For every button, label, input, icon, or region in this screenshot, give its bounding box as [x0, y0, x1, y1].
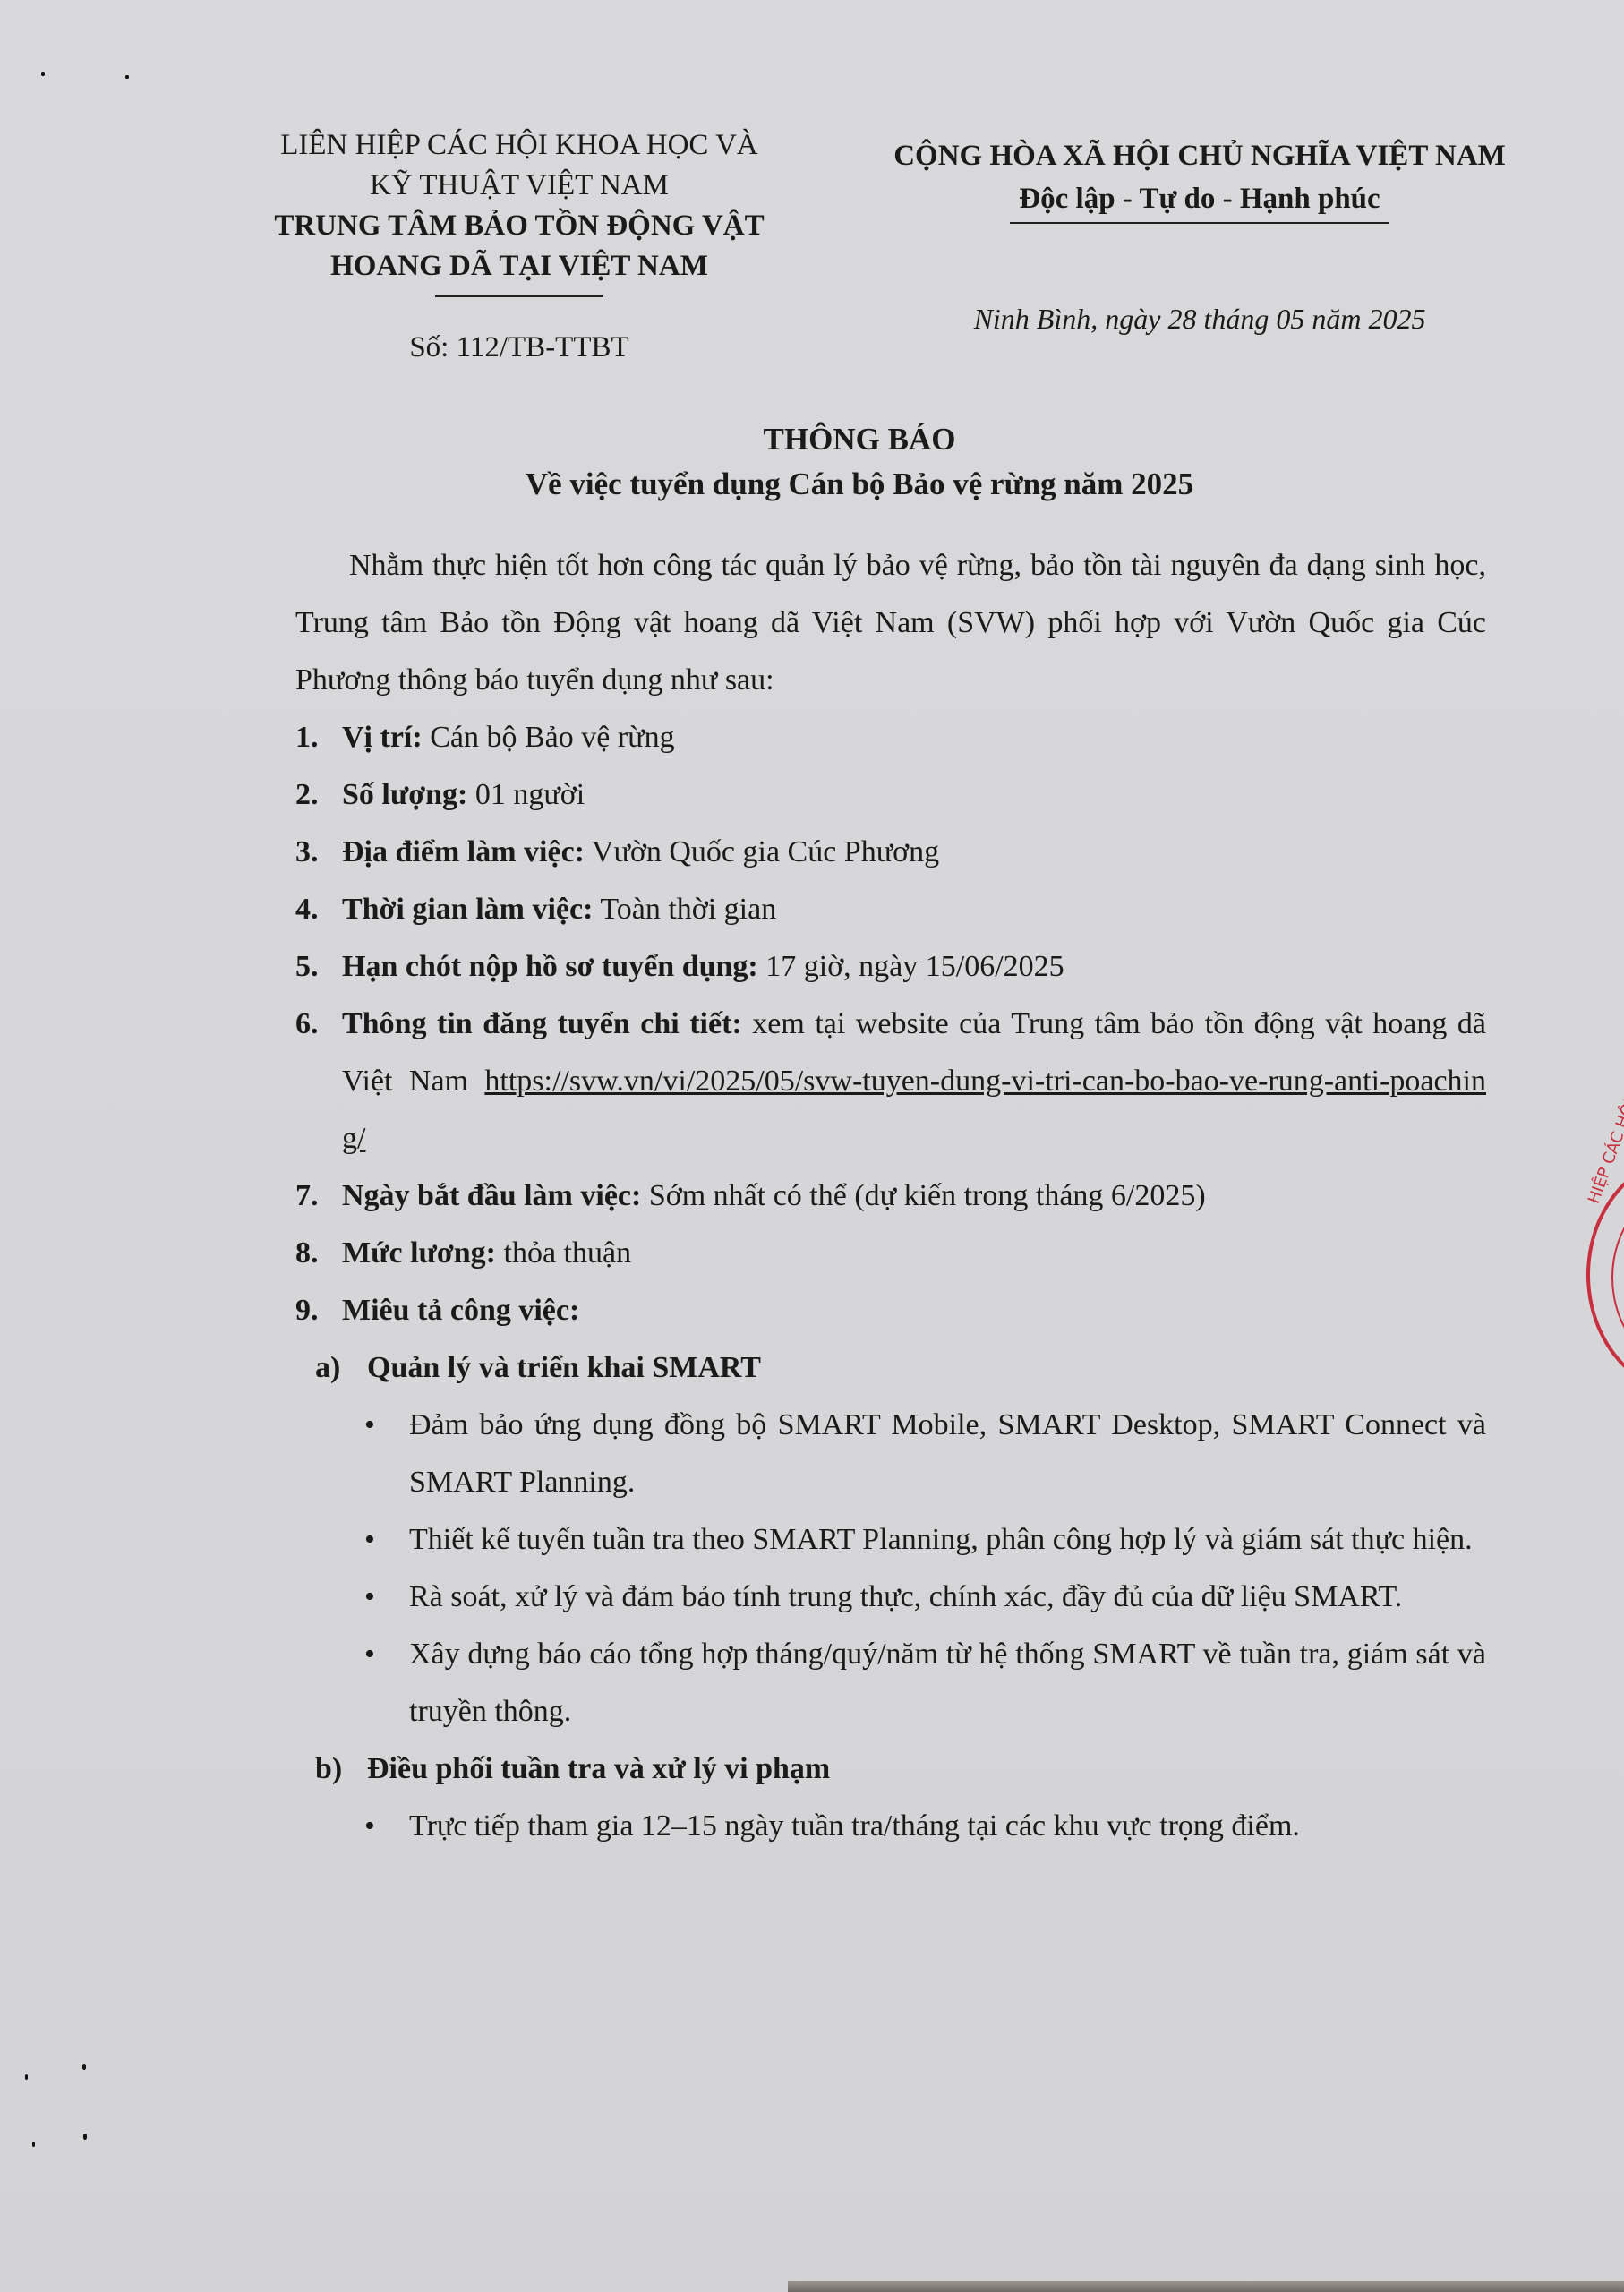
speck	[25, 2074, 28, 2080]
document-title: THÔNG BÁO	[269, 417, 1450, 462]
page-bottom-edge	[788, 2281, 1624, 2292]
recruitment-items: 1.Vị trí: Cán bộ Bảo vệ rừng 2.Số lượng:…	[295, 709, 1486, 1339]
item-work-time: 4.Thời gian làm việc: Toàn thời gian	[342, 881, 1486, 938]
item-position: 1.Vị trí: Cán bộ Bảo vệ rừng	[342, 709, 1486, 766]
list-item: Rà soát, xử lý và đảm bảo tính trung thự…	[409, 1569, 1486, 1626]
section-a: a)Quản lý và triển khai SMART Đảm bảo ứn…	[315, 1339, 1486, 1740]
parent-org-line2: KỸ THUẬT VIỆT NAM	[269, 166, 770, 206]
national-motto: Độc lập - Tự do - Hạnh phúc	[1010, 177, 1389, 224]
speck	[32, 2142, 35, 2147]
section-b-heading: b)Điều phối tuần tra và xử lý vi phạm	[315, 1740, 1486, 1798]
document-page: LIÊN HIỆP CÁC HỘI KHOA HỌC VÀ KỸ THUẬT V…	[0, 0, 1624, 2292]
item-details: 6.Thông tin đăng tuyển chi tiết: xem tại…	[342, 996, 1486, 1167]
item-deadline: 5.Hạn chót nộp hồ sơ tuyển dụng: 17 giờ,…	[342, 938, 1486, 996]
section-b-bullets: Trực tiếp tham gia 12–15 ngày tuần tra/t…	[315, 1798, 1486, 1855]
section-a-bullets: Đảm bảo ứng dụng đồng bộ SMART Mobile, S…	[315, 1397, 1486, 1740]
speck	[83, 2134, 87, 2140]
speck	[125, 75, 129, 79]
list-item: Trực tiếp tham gia 12–15 ngày tuần tra/t…	[409, 1798, 1486, 1855]
place-date: Ninh Bình, ngày 28 tháng 05 năm 2025	[868, 303, 1531, 336]
agency-divider	[435, 295, 603, 297]
item-start-date: 7.Ngày bắt đầu làm việc: Sớm nhất có thể…	[342, 1167, 1486, 1225]
list-item: Đảm bảo ứng dụng đồng bộ SMART Mobile, S…	[409, 1397, 1486, 1511]
list-item: Xây dựng báo cáo tổng hợp tháng/quý/năm …	[409, 1626, 1486, 1740]
national-header: CỘNG HÒA XÃ HỘI CHỦ NGHĨA VIỆT NAM Độc l…	[833, 134, 1567, 224]
parent-org-line1: LIÊN HIỆP CÁC HỘI KHOA HỌC VÀ	[269, 125, 770, 166]
document-title-block: THÔNG BÁO Về việc tuyển dụng Cán bộ Bảo …	[269, 417, 1450, 507]
document-subtitle: Về việc tuyển dụng Cán bộ Bảo vệ rừng nă…	[269, 462, 1450, 507]
section-a-heading: a)Quản lý và triển khai SMART	[315, 1339, 1486, 1397]
list-item: Thiết kế tuyến tuần tra theo SMART Plann…	[409, 1511, 1486, 1569]
recruitment-link[interactable]: https://svw.vn/vi/2025/05/svw-tuyen-dung…	[342, 1065, 1486, 1155]
item-job-description: 9.Miêu tả công việc:	[342, 1282, 1486, 1339]
speck	[41, 72, 45, 76]
item-location: 3.Địa điểm làm việc: Vườn Quốc gia Cúc P…	[342, 824, 1486, 881]
item-quantity: 2.Số lượng: 01 người	[342, 766, 1486, 824]
speck	[82, 2064, 86, 2070]
document-number: Số: 112/TB-TTBT	[269, 331, 770, 364]
unit-name-line1: TRUNG TÂM BẢO TỒN ĐỘNG VẬT	[269, 206, 770, 246]
intro-paragraph: Nhằm thực hiện tốt hơn công tác quản lý …	[295, 537, 1486, 709]
item-salary: 8.Mức lương: thỏa thuận	[342, 1225, 1486, 1282]
country-name: CỘNG HÒA XÃ HỘI CHỦ NGHĨA VIỆT NAM	[833, 134, 1567, 177]
unit-name-line2: HOANG DÃ TẠI VIỆT NAM	[269, 246, 770, 286]
document-body: Nhằm thực hiện tốt hơn công tác quản lý …	[295, 537, 1486, 1855]
section-b: b)Điều phối tuần tra và xử lý vi phạm Tr…	[315, 1740, 1486, 1855]
issuing-agency-block: LIÊN HIỆP CÁC HỘI KHOA HỌC VÀ KỸ THUẬT V…	[269, 125, 770, 297]
